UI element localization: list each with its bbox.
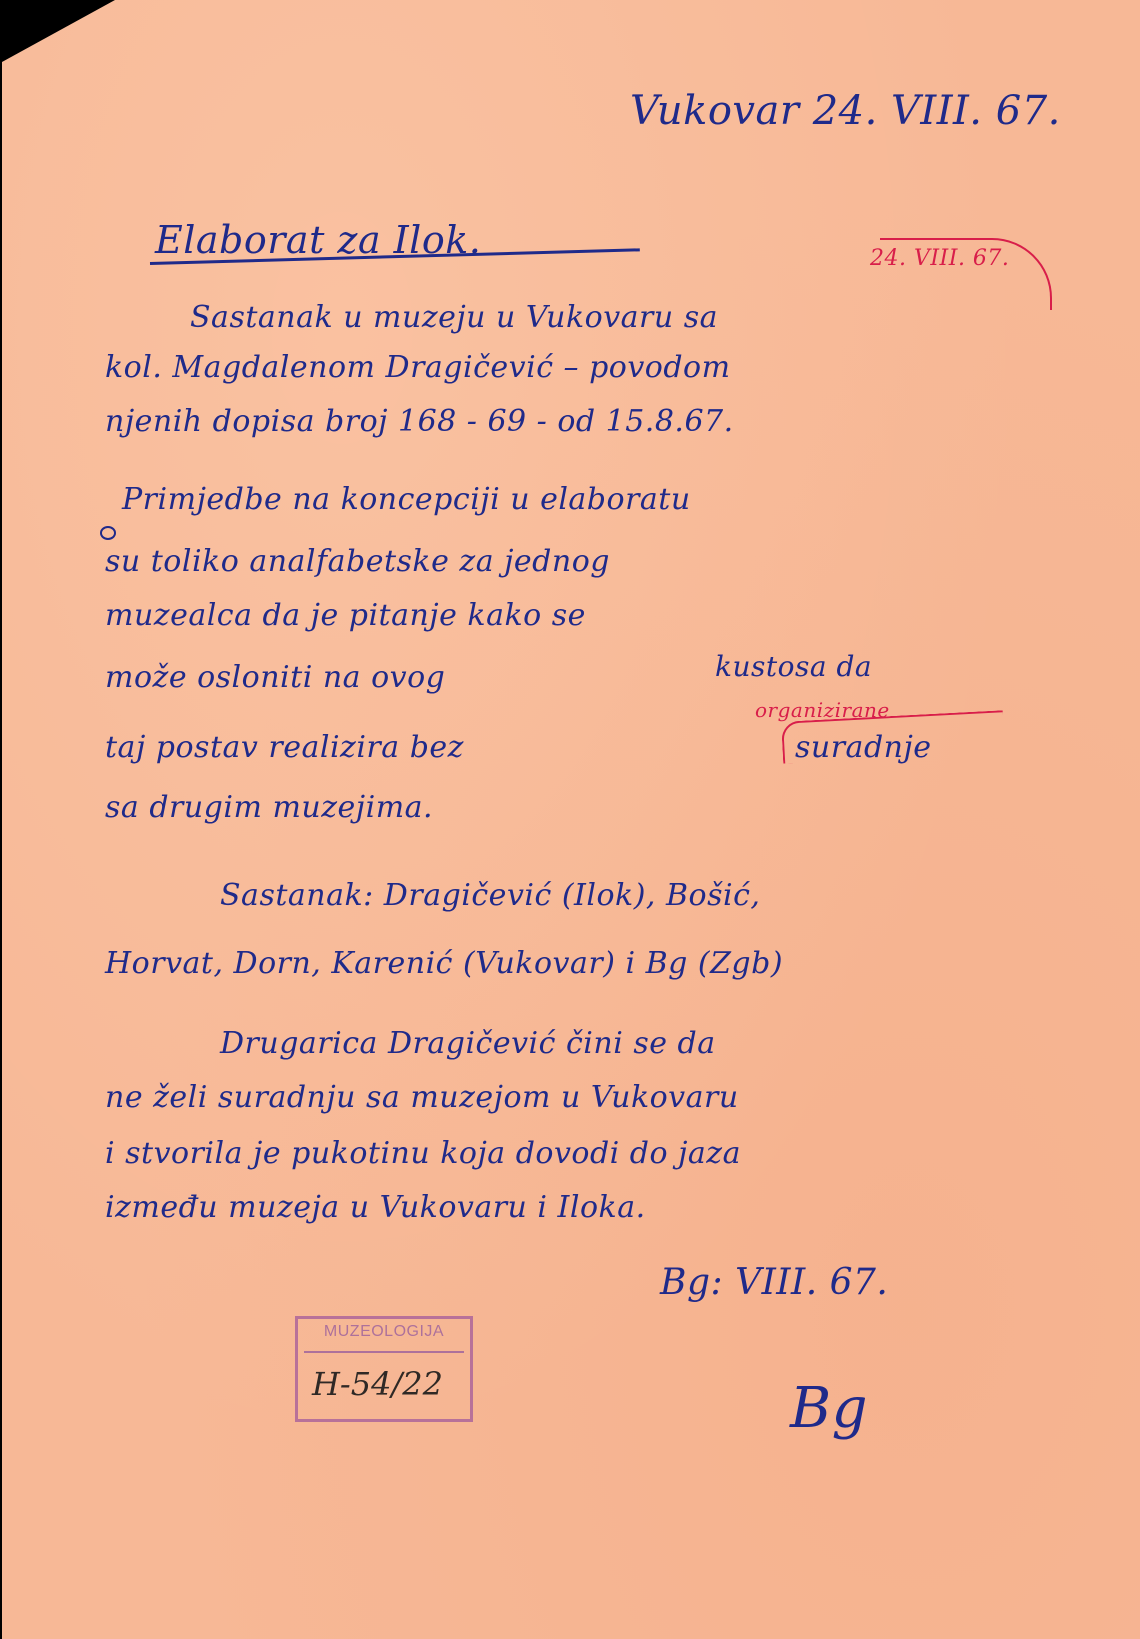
- paper-sheet: Vukovar 24. VIII. 67. Elaborat za Ilok. …: [0, 0, 1140, 1639]
- text-line: između muzeja u Vukovaru i Iloka.: [105, 1190, 646, 1225]
- place-date: Vukovar 24. VIII. 67.: [630, 88, 1061, 134]
- text-line: Horvat, Dorn, Karenić (Vukovar) i Bg (Zg…: [105, 946, 783, 981]
- text-line: ne želi suradnju sa muzejom u Vukovaru: [105, 1080, 739, 1115]
- stamp-label: MUZEOLOGIJA: [298, 1323, 470, 1341]
- archive-stamp: MUZEOLOGIJA H-54/22: [295, 1316, 473, 1422]
- stamp-divider: [304, 1351, 464, 1353]
- text-line: može osloniti na ovog: [105, 660, 445, 695]
- text-line: Primjedbe na koncepciji u elaboratu: [122, 482, 691, 517]
- text-line: kol. Magdalenom Dragičević – povodom: [105, 350, 731, 385]
- text-line: i stvorila je pukotinu koja dovodi do ja…: [105, 1136, 741, 1171]
- text-line: su toliko analfabetske za jednog: [105, 544, 610, 579]
- red-arc-mark: [880, 238, 1052, 310]
- stamp-number: H-54/22: [312, 1365, 443, 1403]
- text-line: njenih dopisa broj 168 - 69 - od 15.8.67…: [105, 404, 734, 439]
- text-line: Sastanak: Dragičević (Ilok), Bošić,: [220, 878, 760, 913]
- signature: Bg: [790, 1376, 868, 1441]
- text-line: muzealca da je pitanje kako se: [105, 598, 586, 633]
- text-line: Drugarica Dragičević čini se da: [220, 1026, 716, 1061]
- closing-date: Bg: VIII. 67.: [660, 1262, 888, 1303]
- text-line: sa drugim muzejima.: [105, 790, 433, 825]
- inserted-words: kustosa da: [715, 650, 872, 683]
- text-line: taj postav realizira bez: [105, 730, 464, 765]
- text-line: Sastanak u muzeju u Vukovaru sa: [190, 300, 718, 335]
- bullet-mark-icon: [100, 526, 116, 540]
- replaced-word: suradnje: [795, 730, 932, 765]
